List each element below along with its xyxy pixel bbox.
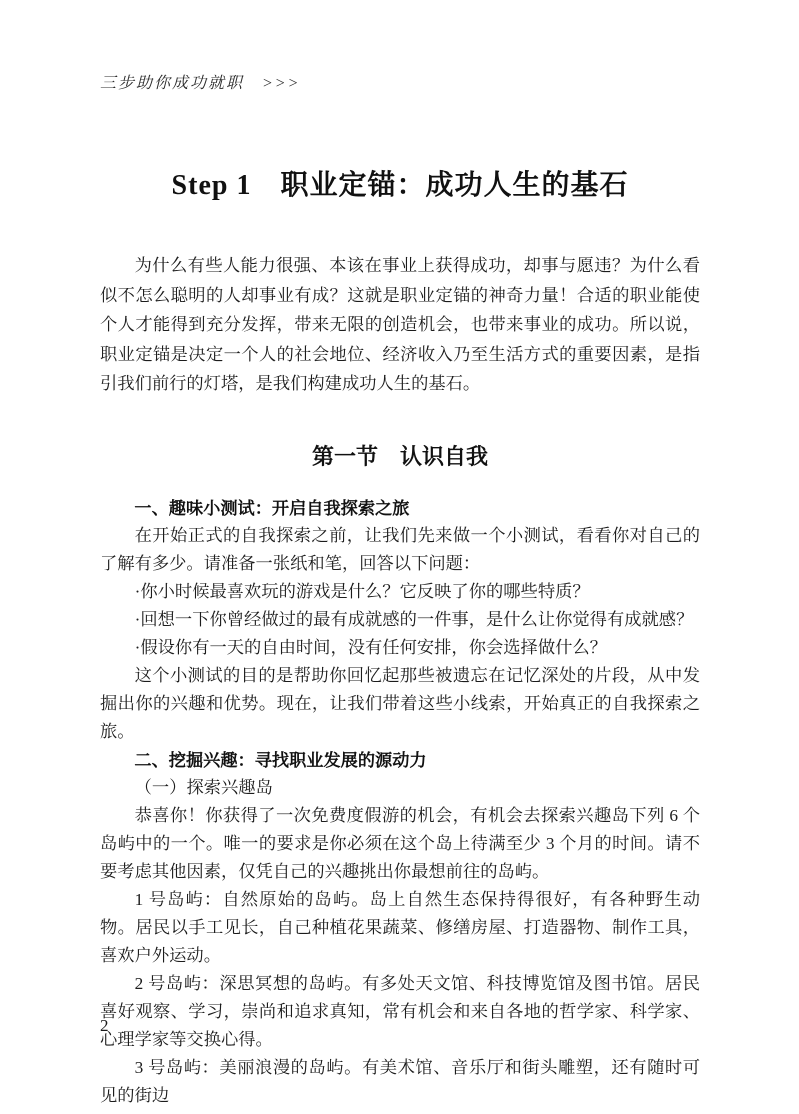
- section-title: 第一节 认识自我: [100, 441, 700, 473]
- island-2-paragraph: 2 号岛屿：深思冥想的岛屿。有多处天文馆、科技博览馆及图书馆。居民喜好观察、学习…: [100, 970, 700, 1054]
- page-number: 2: [100, 1014, 109, 1038]
- running-header: 三步助你成功就职 >>>: [100, 74, 700, 94]
- quiz-bullet-2: ·回想一下你曾经做过的最有成就感的一件事，是什么让你觉得有成就感？: [100, 606, 700, 634]
- book-page: 三步助你成功就职 >>> Step 1 职业定锚：成功人生的基石 为什么有些人能…: [0, 0, 799, 1114]
- quiz-bullet-3: ·假设你有一天的自由时间，没有任何安排，你会选择做什么？: [100, 634, 700, 662]
- island-3-paragraph-partial: 3 号岛屿：美丽浪漫的岛屿。有美术馆、音乐厅和街头雕塑，还有随时可见的街边: [100, 1054, 700, 1110]
- quiz-intro-paragraph: 在开始正式的自我探索之前，让我们先来做一个小测试，看看你对自己的了解有多少。请准…: [100, 522, 700, 578]
- chapter-intro-paragraph: 为什么有些人能力很强、本该在事业上获得成功，却事与愿违？为什么看似不怎么聪明的人…: [100, 251, 700, 399]
- quiz-bullet-1: ·你小时候最喜欢玩的游戏是什么？它反映了你的哪些特质？: [100, 578, 700, 606]
- subsection-1-heading: 一、趣味小测试：开启自我探索之旅: [100, 494, 700, 522]
- chapter-title: Step 1 职业定锚：成功人生的基石: [100, 167, 700, 205]
- subsection-2-heading: 二、挖掘兴趣：寻找职业发展的源动力: [100, 746, 700, 774]
- explore-island-subheading: （一）探索兴趣岛: [100, 774, 700, 802]
- island-intro-paragraph: 恭喜你！你获得了一次免费度假游的机会，有机会去探索兴趣岛下列 6 个岛屿中的一个…: [100, 802, 700, 886]
- island-1-paragraph: 1 号岛屿：自然原始的岛屿。岛上自然生态保持得很好，有各种野生动物。居民以手工见…: [100, 886, 700, 970]
- quiz-purpose-paragraph: 这个小测试的目的是帮助你回忆起那些被遗忘在记忆深处的片段，从中发掘出你的兴趣和优…: [100, 662, 700, 746]
